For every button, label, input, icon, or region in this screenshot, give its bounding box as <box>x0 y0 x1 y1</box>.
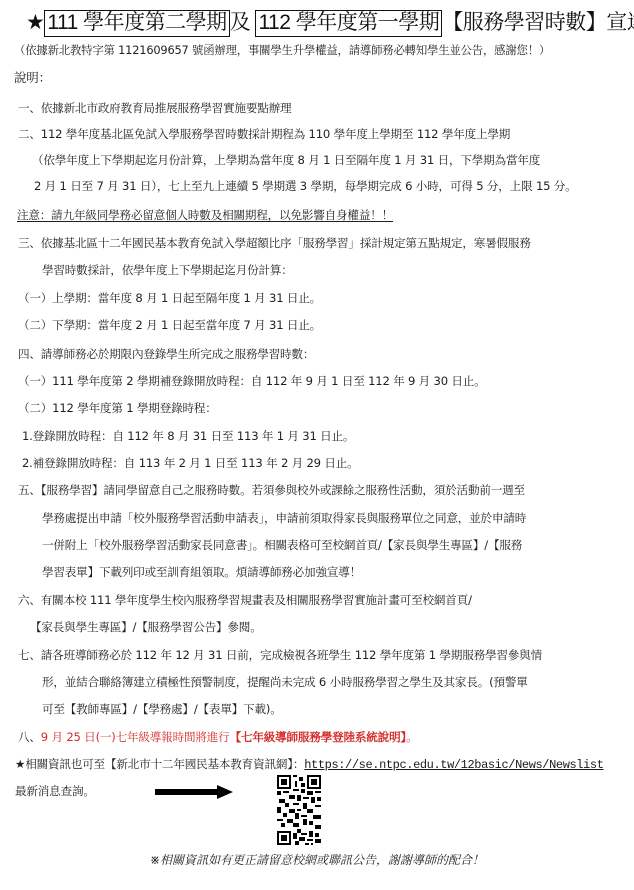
item-6-line-1: 六、有關本校 111 學年度學生校內服務學習規畫表及相關服務學習實施計畫可至校網… <box>18 592 472 608</box>
subtitle: （依據新北教特字第 1121609657 號函辦理，事關學生升學權益，請導師務必… <box>14 42 550 58</box>
title-topic: 【服務學習時數】宣達事項 <box>442 11 634 34</box>
item-7-line-3: 可至【教師專區】/【學務處】/【表單】下載)。 <box>42 701 282 717</box>
item-7-line-1: 七、請各班導師務必於 112 年 12 月 31 日前，完成檢視各班學生 112… <box>18 647 542 663</box>
page-title: ★111 學年度第二學期及 112 學年度第一學期【服務學習時數】宣達事項★ <box>26 9 634 37</box>
item-8-session-title: 【七年級導師服務學登陸系統說明】 <box>230 730 407 744</box>
item-3-line-2: 學習時數採計，依學年度上下學期起迄月份計算： <box>42 262 293 278</box>
item-5-line-4: 學習表單】下載列印或至訓育組領取。煩請導師務必加強宣導！ <box>42 564 361 580</box>
item-5-line-3: 一併附上「校外服務學習活動家長同意書」。相關表格可至校網首頁/【家長與學生專區】… <box>42 537 522 553</box>
item-8-end: 。 <box>406 730 417 744</box>
item-2-line-1: 二、112 學年度基北區免試入學服務學習時數採計期程為 110 學年度上學期至 … <box>18 126 510 142</box>
item-4-sub-2-2: 2.補登錄開放時程：自 113 年 2 月 1 日至 113 年 2 月 29 … <box>22 455 359 471</box>
item-3-sub-1: （一）上學期：當年度 8 月 1 日起至隔年度 1 月 31 日止。 <box>18 290 321 306</box>
item-4-sub-2-1: 1.登錄開放時程：自 112 年 8 月 31 日至 113 年 1 月 31 … <box>22 428 354 444</box>
item-4-sub-1: （一）111 學年度第 2 學期補登錄開放時程：自 112 年 9 月 1 日至… <box>18 373 486 389</box>
item-2-line-2: （依學年度上下學期起迄月份計算，上學期為當年度 8 月 1 日至隔年度 1 月 … <box>32 152 540 168</box>
info-url-link[interactable]: https://se.ntpc.edu.tw/12basic/News/News… <box>304 758 603 772</box>
item-8-schedule: 9 月 25 日(一)七年級導報時間將進行 <box>41 730 230 744</box>
item-4-sub-2: （二）112 學年度第 1 學期登錄時程： <box>18 400 217 416</box>
item-3-line-1: 三、依據基北區十二年國民基本教育免試入學超額比序「服務學習」採計規定第五點規定，… <box>18 235 531 251</box>
item-7-line-2: 形，並結合聯絡簿建立積極性預警制度，提醒尚未完成 6 小時服務學習之學生及其家長… <box>42 674 528 690</box>
item-8: 八、9 月 25 日(一)七年級導報時間將進行【七年級導師服務學登陸系統說明】。 <box>18 729 417 745</box>
info-line: ★相關資訊也可至【新北市十二年國民基本教育資訊網】：https://se.ntp… <box>15 756 604 773</box>
title-term-2: 112 學年度第一學期 <box>255 10 442 37</box>
footer-note: ※相關資訊如有更正請留意校網或聯訊公告，謝謝導師的配合！ <box>0 852 634 868</box>
item-6-line-2: 【家長與學生專區】/【服務學習公告】參閱。 <box>30 619 262 635</box>
title-connector: 及 <box>230 11 251 34</box>
item-5-line-2: 學務處提出申請「校外服務學習活動申請表」，申請前須取得家長與服務單位之同意，並於… <box>42 510 526 526</box>
item-8-prefix: 八、 <box>18 730 41 744</box>
item-5-line-1: 五、【服務學習】請同學留意自己之服務時數。若須參與校外或課餘之服務性活動，須於活… <box>18 482 525 498</box>
qr-code[interactable] <box>277 775 321 845</box>
announcement-page: ★111 學年度第二學期及 112 學年度第一學期【服務學習時數】宣達事項★ （… <box>0 0 634 890</box>
notice: 注意：請九年級同學務必留意個人時數及相關期程，以免影響自身權益！！ <box>17 207 393 223</box>
section-heading: 說明： <box>14 70 51 86</box>
item-2-line-3: 2 月 1 日至 7 月 31 日），七上至九上連續 5 學期選 3 學期，每學… <box>34 178 577 194</box>
item-3-sub-2: （二）下學期：當年度 2 月 1 日起至當年度 7 月 31 日止。 <box>18 317 321 333</box>
star-icon: ★ <box>26 11 44 34</box>
item-4: 四、請導師務必於期限內登錄學生所完成之服務學習時數： <box>18 346 314 362</box>
info-prefix: ★相關資訊也可至【新北市十二年國民基本教育資訊網】： <box>15 757 304 771</box>
info-line-2: 最新消息查詢。 <box>15 783 95 799</box>
right-arrow-icon <box>155 785 233 799</box>
item-1: 一、依據新北市政府教育局推展服務學習實施要點辦理 <box>18 100 291 116</box>
title-term-1: 111 學年度第二學期 <box>44 10 229 37</box>
